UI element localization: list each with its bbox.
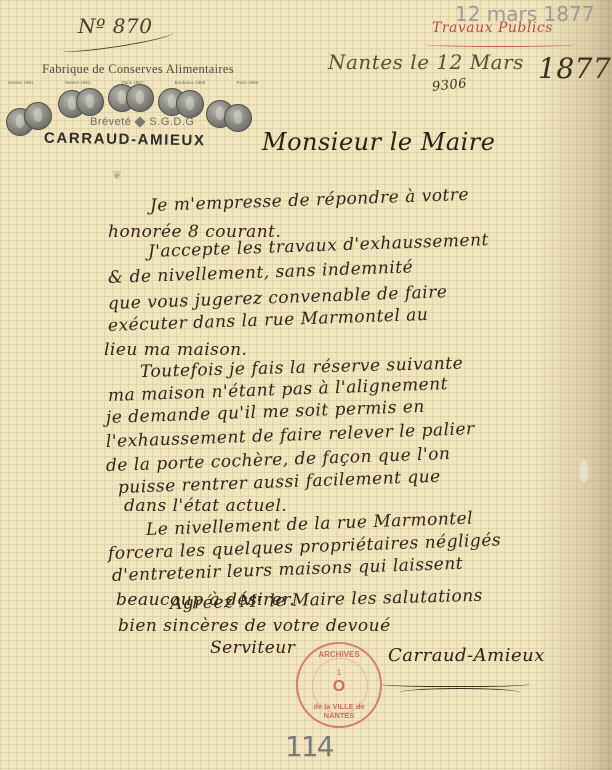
medal-icon xyxy=(76,88,104,116)
stamp-bottom-text: de la VILLE de NANTES xyxy=(298,702,380,720)
letterhead-patent: BrévetéS.G.D.G xyxy=(90,116,194,128)
stamp-series: 1 xyxy=(298,668,380,677)
body-line: & de nivellement, sans indemnité xyxy=(108,257,414,288)
file-reference: 9306 xyxy=(431,76,467,95)
medal-icon xyxy=(126,84,154,112)
archive-stamp: ARCHIVES 1 O de la VILLE de NANTES xyxy=(296,642,382,728)
diamond-ornament-icon xyxy=(135,116,146,127)
body-line: dans l'état actuel. xyxy=(124,496,287,516)
signature: Carraud-Amieux xyxy=(388,645,545,666)
paper-fold-shadow xyxy=(590,0,612,770)
salutation: Monsieur le Maire xyxy=(262,128,495,156)
body-line: Je m'empresse de répondre à votre xyxy=(150,185,470,216)
stamp-code: O xyxy=(298,678,380,696)
stamp-top-text: ARCHIVES xyxy=(298,650,380,659)
place-date: Nantes le 12 Mars xyxy=(328,50,524,74)
flourish-ornament-icon: ❦ xyxy=(112,168,122,182)
paper-tear xyxy=(580,460,588,482)
body-line: bien sincères de votre devoué xyxy=(118,616,391,636)
patent-mark: S.G.D.G xyxy=(149,116,194,128)
signature-flourish xyxy=(400,688,520,697)
medal-icon xyxy=(224,104,252,132)
folio-number: 114 xyxy=(285,730,332,763)
medal-icon xyxy=(176,90,204,118)
body-line: lieu ma maison. xyxy=(104,340,247,360)
letterhead-company: CARRAUD-AMIEUX xyxy=(44,130,206,150)
letterhead-title: Fabrique de Conserves Alimentaires xyxy=(18,62,258,77)
patent-label: Bréveté xyxy=(90,116,131,128)
archive-department-annotation: Travaux Publics xyxy=(432,20,553,36)
valediction: Serviteur xyxy=(210,638,295,658)
medal-icon xyxy=(24,102,52,130)
document-page: Nº 870 12 mars 1877 Travaux Publics Fabr… xyxy=(0,0,612,770)
archive-department-underline xyxy=(425,42,575,47)
signature-flourish xyxy=(380,680,530,687)
